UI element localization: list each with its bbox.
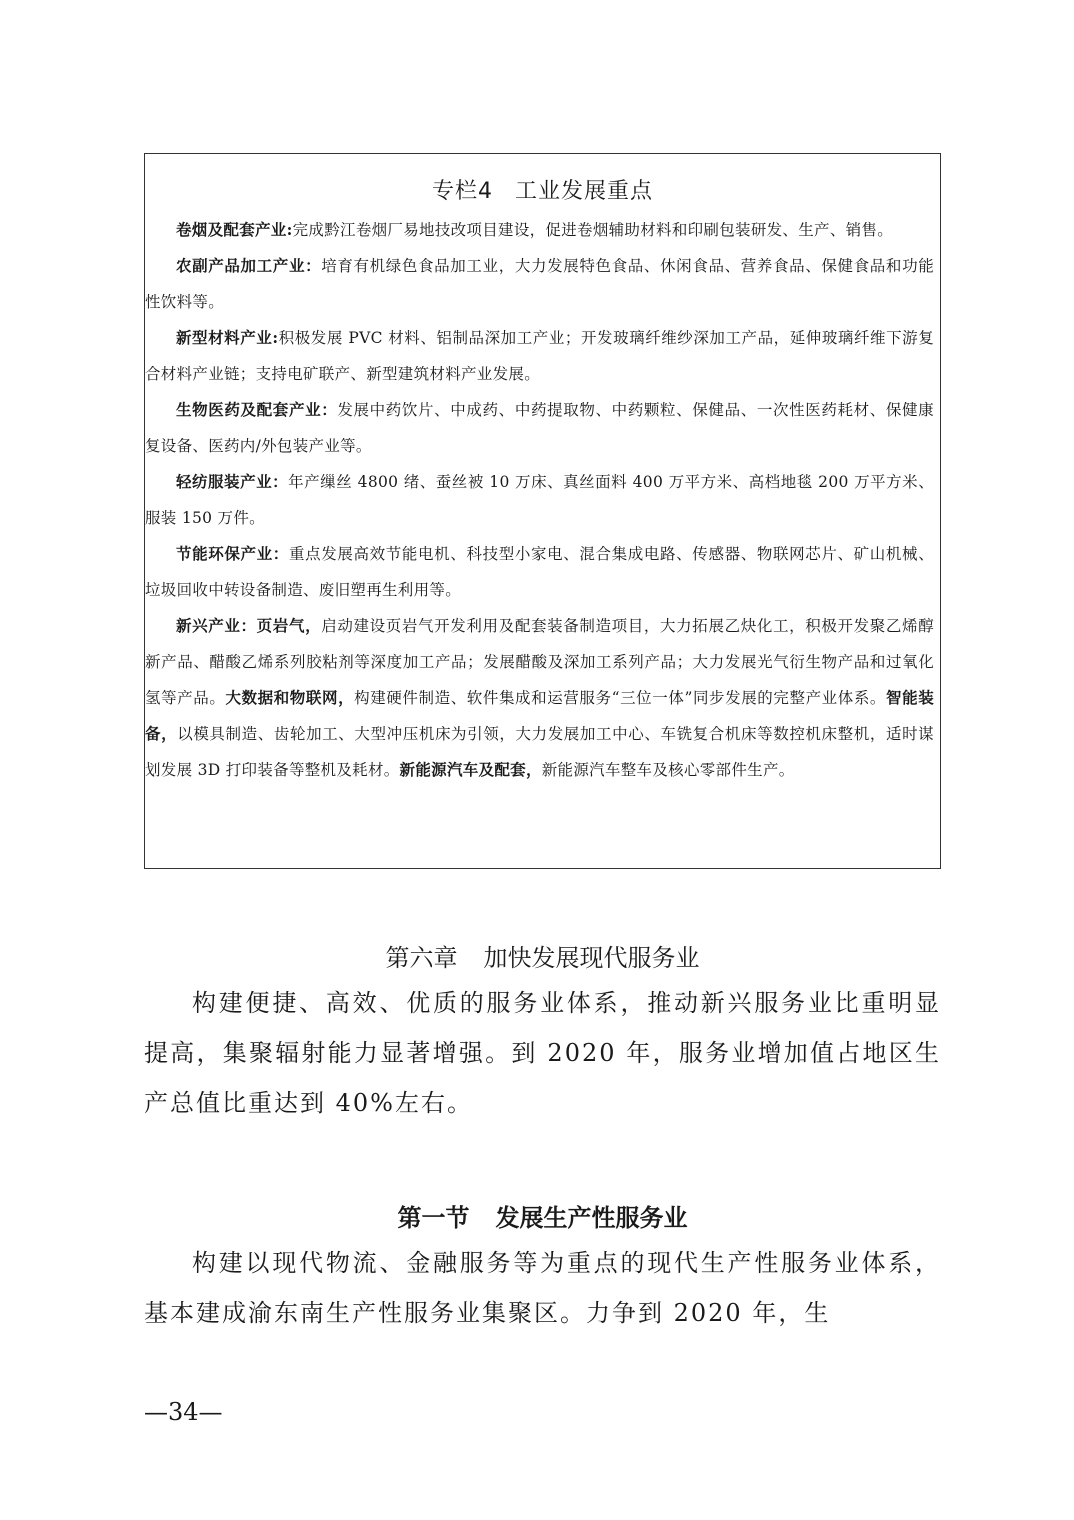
entry-textile: 轻纺服装产业：年产缫丝 4800 绪、蚕丝被 10 万床、真丝面料 400 万平…: [145, 464, 934, 536]
chapter-heading: 第六章加快发展现代服务业: [144, 938, 941, 973]
box-entries: 卷烟及配套产业:完成黔江卷烟厂易地技改项目建设，促进卷烟辅助材料和印刷包装研发、…: [145, 212, 940, 788]
subkeyword-new-energy-vehicles: 新能源汽车及配套，: [400, 760, 542, 779]
sidebar-box-industrial-focus: 专栏4工业发展重点 卷烟及配套产业:完成黔江卷烟厂易地技改项目建设，促进卷烟辅助…: [144, 153, 941, 869]
entry-keyword: 生物医药及配套产业：: [176, 400, 337, 419]
entry-new-materials: 新型材料产业:积极发展 PVC 材料、铝制品深加工产业；开发玻璃纤维纱深加工产品…: [145, 320, 934, 392]
section-number: 第一节: [398, 1203, 470, 1232]
entry-energy-saving: 节能环保产业：重点发展高效节能电机、科技型小家电、混合集成电路、传感器、物联网芯…: [145, 536, 934, 608]
chapter-number: 第六章: [386, 944, 458, 972]
entry-keyword: 新型材料产业:: [176, 328, 278, 347]
page-number: —34—: [144, 1398, 223, 1426]
box-title-prefix: 专栏4: [432, 179, 493, 204]
entry-keyword: 节能环保产业：: [176, 544, 289, 563]
subkeyword-big-data: 大数据和物联网，: [225, 688, 354, 707]
entry-biomedicine: 生物医药及配套产业：发展中药饮片、中成药、中药提取物、中药颗粒、保健品、一次性医…: [145, 392, 934, 464]
entry-keyword: 轻纺服装产业：: [176, 472, 288, 491]
entry-emerging: 新兴产业：页岩气，启动建设页岩气开发利用及配套装备制造项目，大力拓展乙炔化工，积…: [145, 608, 934, 788]
chapter-title: 加快发展现代服务业: [484, 944, 700, 972]
section-heading: 第一节发展生产性服务业: [144, 1198, 941, 1233]
box-title: 专栏4工业发展重点: [145, 174, 940, 205]
box-title-main: 工业发展重点: [515, 179, 653, 204]
section-paragraph: 构建以现代物流、金融服务等为重点的现代生产性服务业体系，基本建成渝东南生产性服务…: [144, 1238, 941, 1338]
entry-text: 构建硬件制造、软件集成和运营服务“三位一体”同步发展的完整产业体系。: [354, 689, 886, 707]
entry-agri-processing: 农副产品加工产业：培育有机绿色食品加工业，大力发展特色食品、休闲食品、营养食品、…: [145, 248, 934, 320]
subkeyword-shale-gas: 页岩气，: [257, 616, 322, 635]
entry-text: 新能源汽车整车及核心零部件生产。: [542, 761, 795, 779]
entry-tobacco: 卷烟及配套产业:完成黔江卷烟厂易地技改项目建设，促进卷烟辅助材料和印刷包装研发、…: [145, 212, 934, 248]
entry-text: 完成黔江卷烟厂易地技改项目建设，促进卷烟辅助材料和印刷包装研发、生产、销售。: [293, 221, 893, 239]
section-title: 发展生产性服务业: [496, 1203, 688, 1232]
entry-keyword: 新兴产业：: [176, 616, 257, 635]
entry-keyword: 卷烟及配套产业:: [176, 220, 293, 239]
chapter-paragraph: 构建便捷、高效、优质的服务业体系，推动新兴服务业比重明显提高，集聚辐射能力显著增…: [144, 978, 941, 1128]
entry-keyword: 农副产品加工产业：: [176, 256, 321, 275]
